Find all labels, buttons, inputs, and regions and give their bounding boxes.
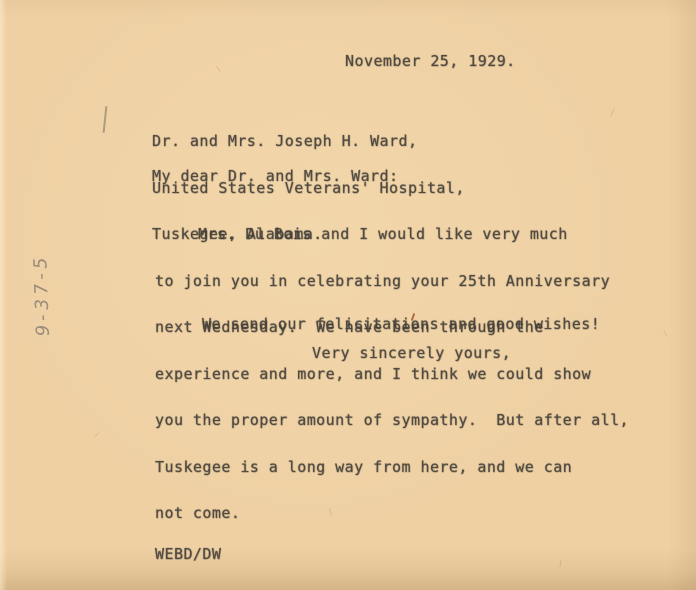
body-line: experience and more, and I think we coul… (155, 367, 629, 383)
body-line: Mrs. Du Bois and I would like very much (155, 227, 629, 243)
body-line: Tuskegee is a long way from here, and we… (155, 460, 629, 476)
body-paragraph: Mrs. Du Bois and I would like very much … (155, 196, 629, 553)
paper-fiber (216, 66, 220, 71)
margin-annotation-handwritten: 9-37-5 (30, 253, 54, 338)
paper-fiber (663, 330, 667, 337)
pencil-stroke-mark (103, 106, 108, 133)
paper-fiber (559, 560, 561, 567)
typist-initials: WEBD/DW (155, 547, 221, 563)
scanned-letter-page: 9-37-5 November 25, 1929. Dr. and Mrs. J… (0, 0, 696, 590)
body-line: you the proper amount of sympathy. But a… (155, 413, 629, 429)
paper-fiber (610, 108, 615, 117)
salutation: My dear Dr. and Mrs. Ward: (152, 169, 399, 185)
date-line: November 25, 1929. (345, 54, 516, 70)
felicitations-line: We send our felicitations and good wishe… (202, 317, 600, 333)
address-line: Dr. and Mrs. Joseph H. Ward, (152, 134, 465, 150)
body-line: to join you in celebrating your 25th Ann… (155, 274, 629, 290)
paper-fiber (94, 432, 99, 437)
body-line: not come. (155, 506, 629, 522)
closing-line: Very sincerely yours, (312, 346, 511, 362)
